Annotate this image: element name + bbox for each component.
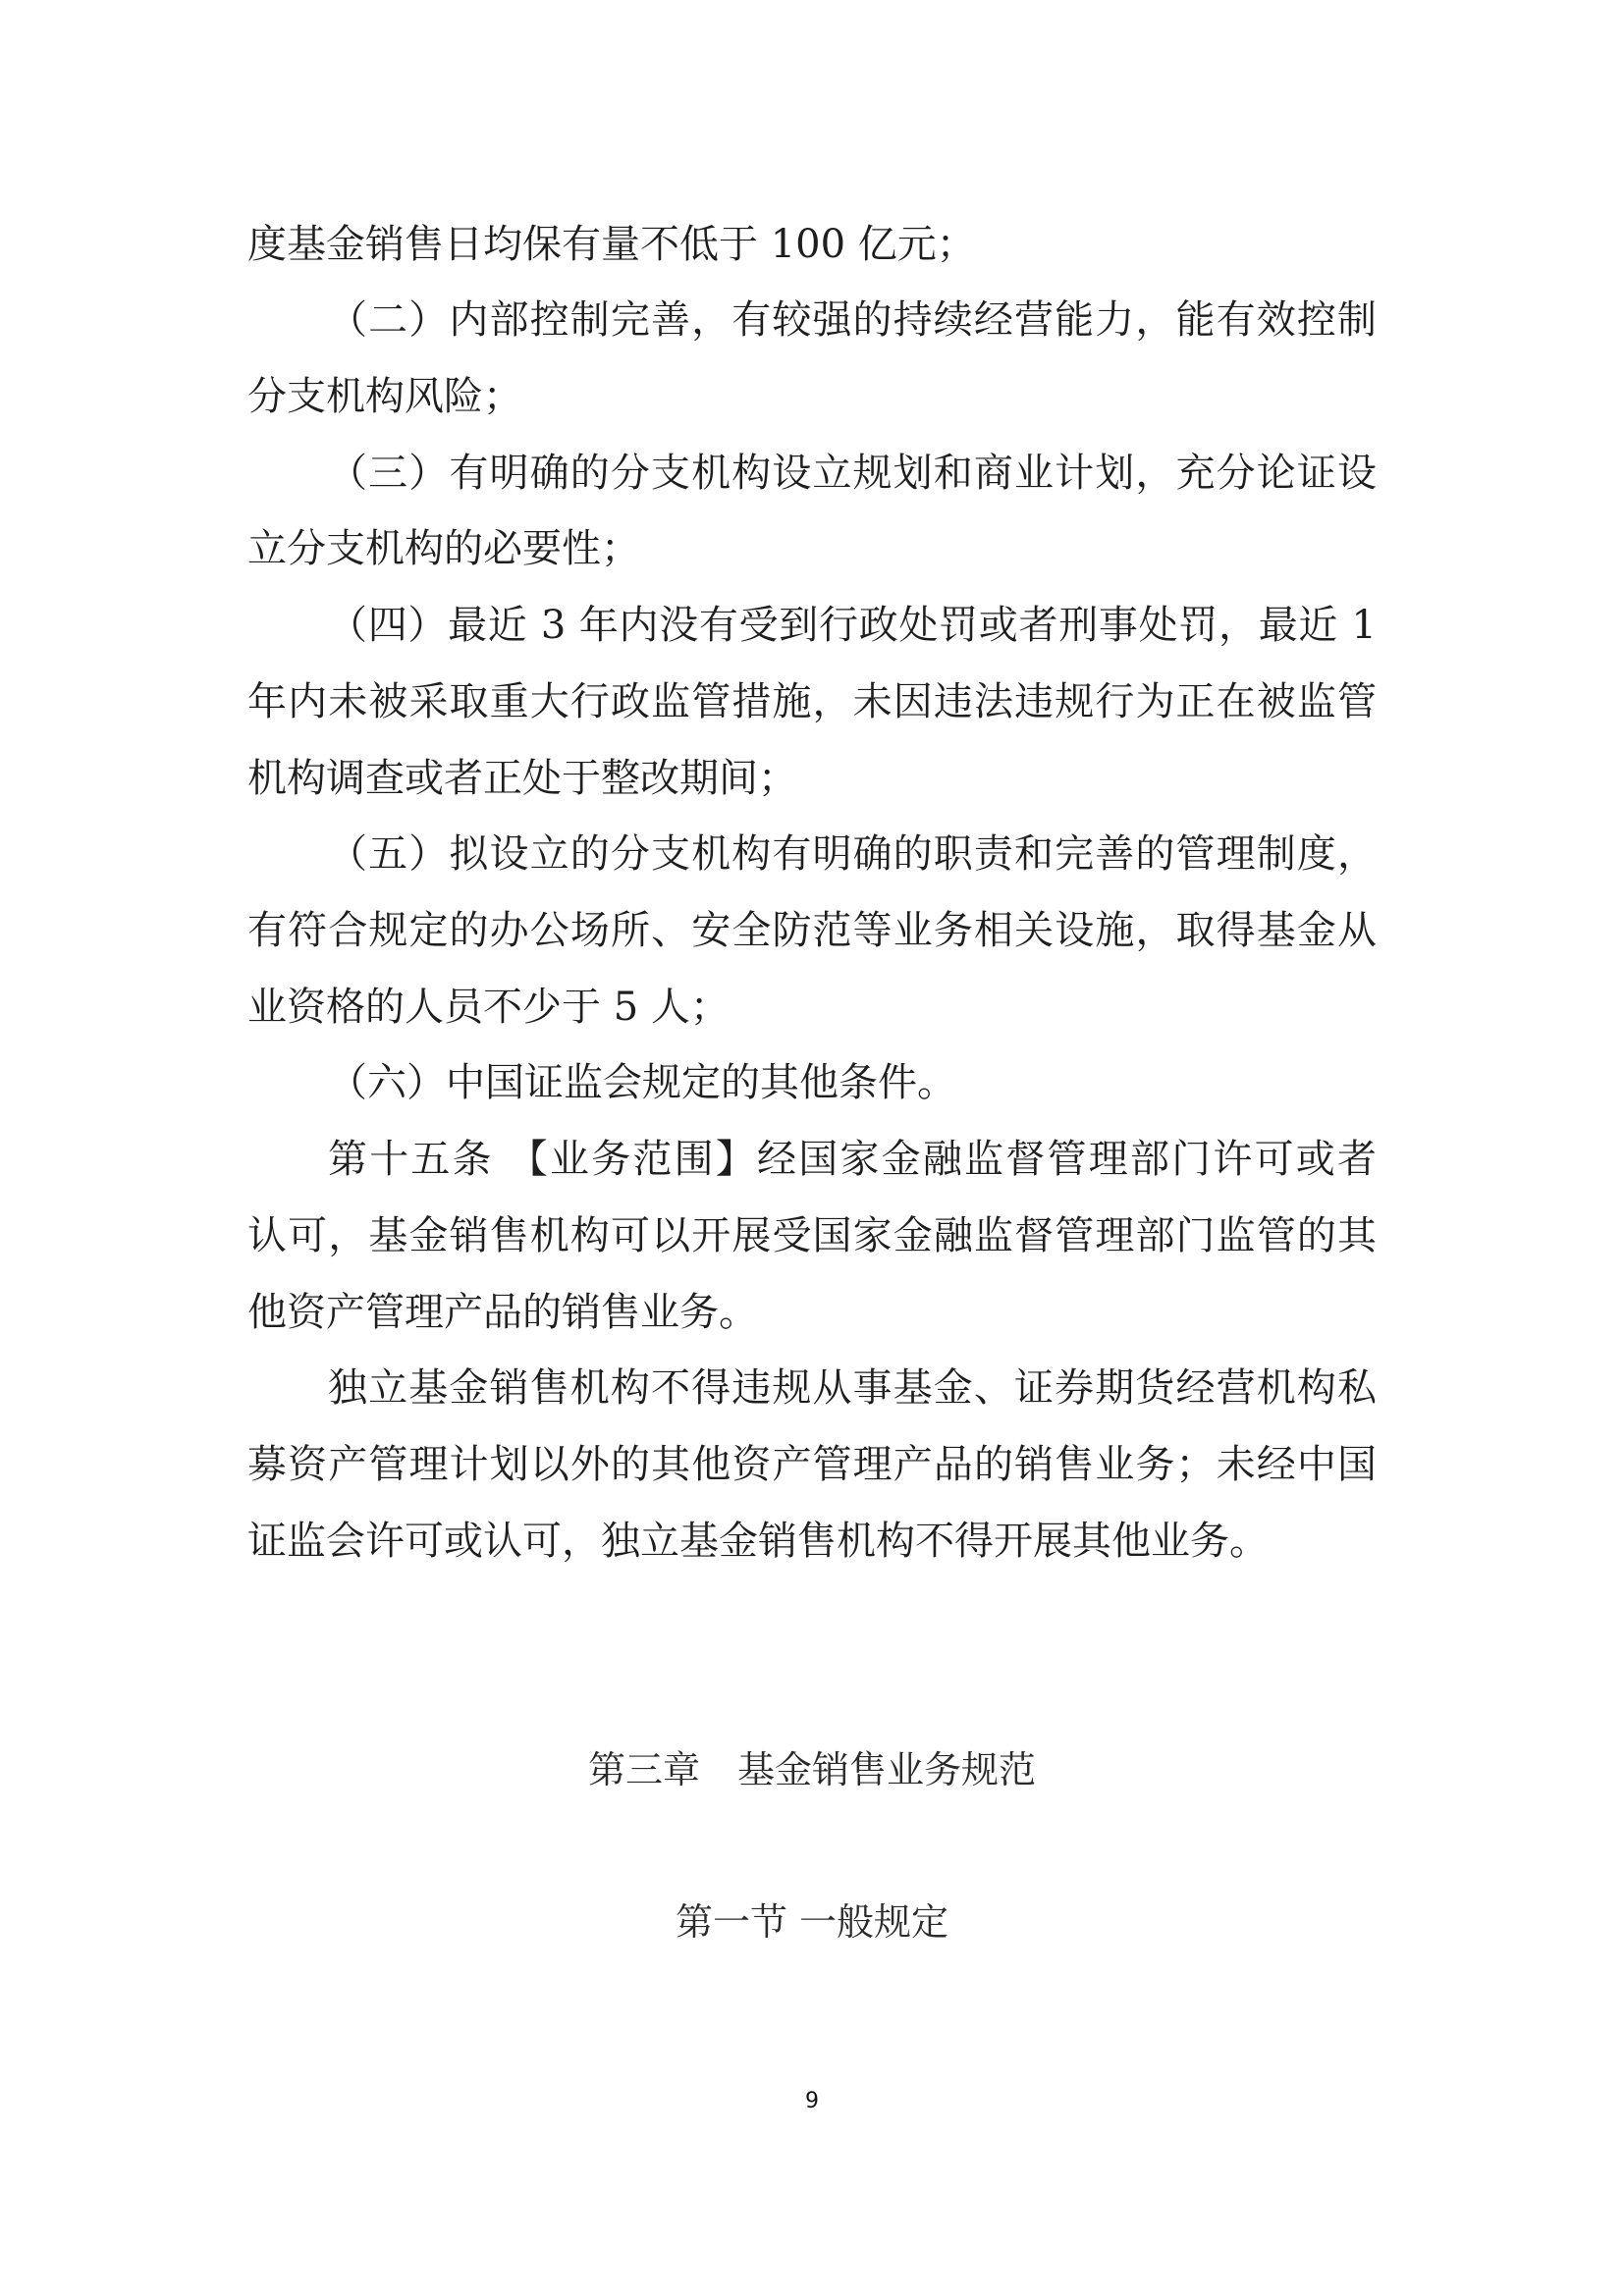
text-line: （二）内部控制完善，有较强的持续经营能力，能有效控制	[328, 299, 1377, 341]
text-line: （五）拟设立的分支机构有明确的职责和完善的管理制度，	[328, 833, 1377, 875]
text-line: 独立基金销售机构不得违规从事基金、证券期货经营机构私	[328, 1367, 1377, 1409]
text-line: （四）最近 3 年内没有受到行政处罚或者刑事处罚，最近 1	[328, 605, 1377, 646]
text-line: 分支机构风险；	[247, 376, 1377, 417]
text-line: 年内未被采取重大行政监管措施，未因违法违规行为正在被监管	[247, 681, 1377, 722]
text-line: 他资产管理产品的销售业务。	[247, 1292, 1377, 1333]
page-number: 9	[0, 2089, 1624, 2113]
text-line: 度基金销售日均保有量不低于 100 亿元；	[247, 224, 1377, 265]
section-heading: 第一节 一般规定	[0, 1901, 1624, 1943]
text-line: 有符合规定的办公场所、安全防范等业务相关设施，取得基金从	[247, 910, 1377, 951]
text-line: 认可，基金销售机构可以开展受国家金融监督管理部门监管的其	[247, 1215, 1377, 1256]
chapter-heading: 第三章 基金销售业务规范	[0, 1749, 1624, 1790]
text-line: 立分支机构的必要性；	[247, 528, 1377, 569]
article-heading-line: 第十五条 【业务范围】经国家金融监督管理部门许可或者	[328, 1139, 1377, 1180]
text-line: 业资格的人员不少于 5 人；	[247, 987, 1377, 1028]
text-line: （三）有明确的分支机构设立规划和商业计划，充分论证设	[328, 453, 1377, 494]
text-line: 证监会许可或认可，独立基金销售机构不得开展其他业务。	[247, 1521, 1377, 1562]
text-line: 募资产管理计划以外的其他资产管理产品的销售业务；未经中国	[247, 1444, 1377, 1485]
text-line: （六）中国证监会规定的其他条件。	[328, 1062, 1377, 1103]
text-line: 机构调查或者正处于整改期间；	[247, 758, 1377, 799]
document-page: 度基金销售日均保有量不低于 100 亿元； （二）内部控制完善，有较强的持续经营…	[0, 0, 1624, 2296]
